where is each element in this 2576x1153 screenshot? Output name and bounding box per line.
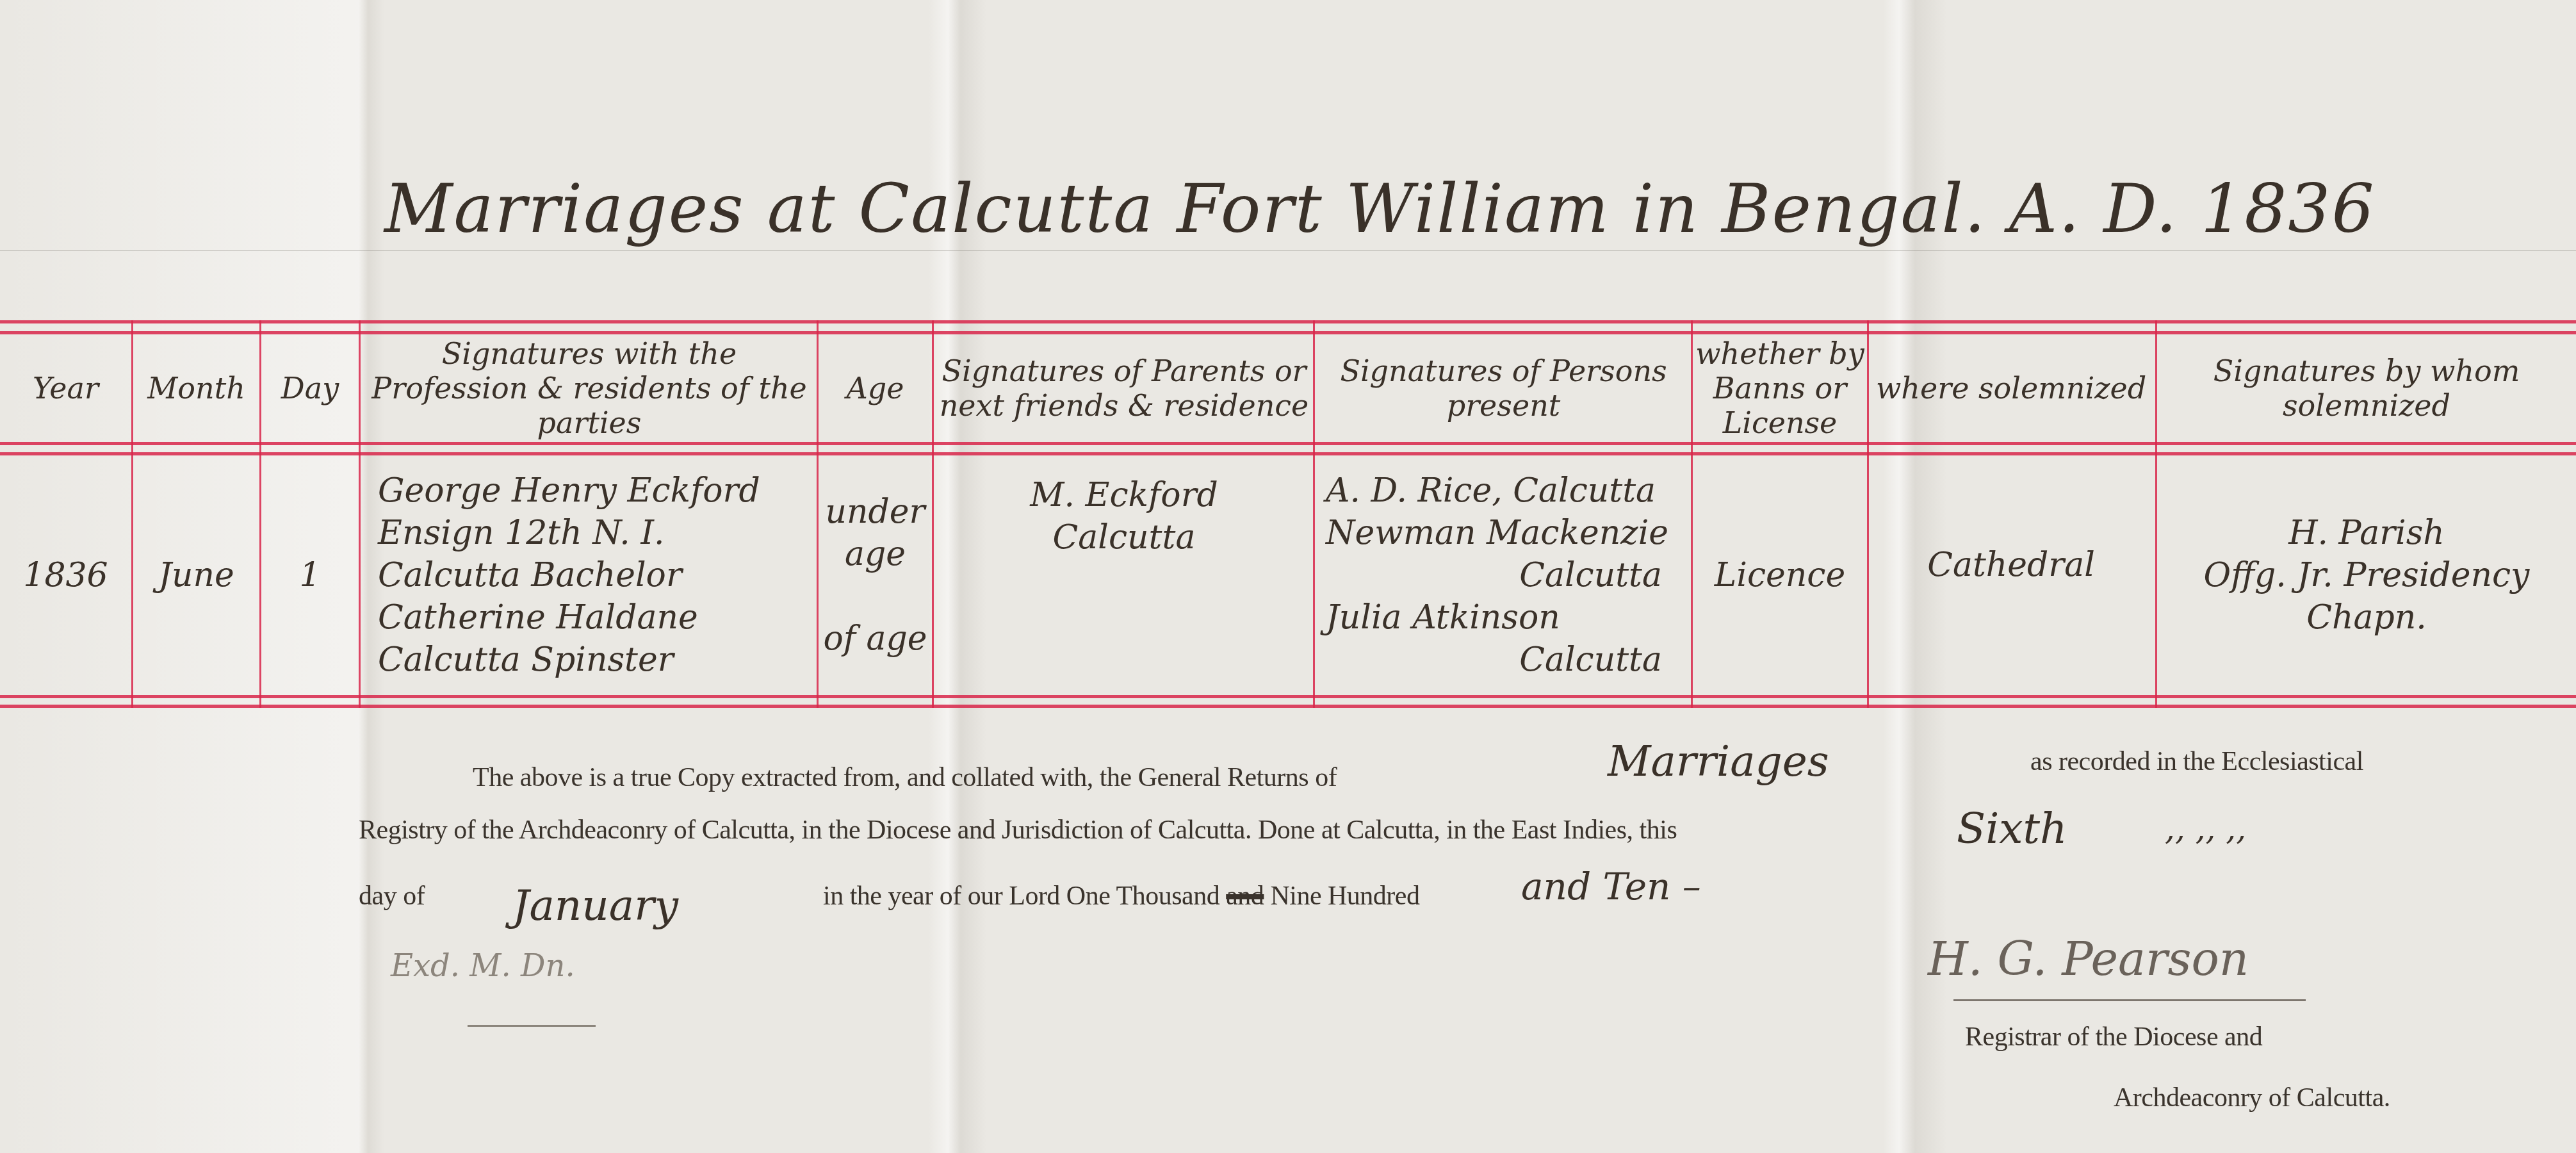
certificate-line3-text: in the year of our Lord One Thousand and… xyxy=(823,881,1419,912)
certificate-fill-day: Sixth xyxy=(1957,804,2067,853)
cell-age: under age of age xyxy=(819,456,932,694)
party-line: Catherine Haldane xyxy=(378,596,698,639)
header-bottom-rule-2 xyxy=(0,452,2576,455)
cell-banns-license: Licence xyxy=(1694,456,1866,694)
column-divider xyxy=(1867,320,1869,708)
certificate-line1-text: The above is a true Copy extracted from,… xyxy=(473,762,1337,793)
parent-line: Calcutta xyxy=(1053,516,1196,559)
person-line: A. D. Rice, Calcutta xyxy=(1326,470,1656,512)
person-line: Newman Mackenzie xyxy=(1326,512,1668,554)
party-line: Calcutta Bachelor xyxy=(378,554,682,596)
year-text-2: Nine Hundred xyxy=(1270,881,1419,911)
column-divider xyxy=(1691,320,1693,708)
certificate-line3-dayof: day of xyxy=(359,881,425,912)
age-line: age xyxy=(845,533,906,575)
cell-year: 1836 xyxy=(0,456,131,694)
party-line: George Henry Eckford xyxy=(378,470,760,512)
struck-word: and xyxy=(1226,881,1264,911)
document-title: Marriages at Calcutta Fort William in Be… xyxy=(384,170,2376,248)
table-bottom-rule-2 xyxy=(0,705,2576,708)
age-line: under xyxy=(826,491,925,533)
certificate-ditto-marks: ,, ,, ,, xyxy=(2165,810,2246,847)
title-rule xyxy=(0,250,2576,251)
header-persons-present: Signatures of Persons present xyxy=(1319,334,1688,442)
certificate-fill-month: January xyxy=(512,881,678,930)
cell-persons-present: A. D. Rice, Calcutta Newman Mackenzie Ca… xyxy=(1326,456,1688,694)
header-solemnized-by: Signatures by whom solemnized xyxy=(2158,334,2575,442)
cell-solemnized-by: H. Parish Offg. Jr. Presidency Chapn. xyxy=(2158,456,2575,694)
party-line: Ensign 12th N. I. xyxy=(378,512,664,554)
officiant-line: Chapn. xyxy=(2306,596,2427,639)
column-divider xyxy=(359,320,361,708)
signature-line xyxy=(1953,999,2306,1001)
table-bottom-rule-1 xyxy=(0,695,2576,698)
person-line: Calcutta xyxy=(1519,639,1688,681)
header-parties: Signatures with the Profession & residen… xyxy=(368,334,810,442)
header-bottom-rule-1 xyxy=(0,442,2576,445)
cell-day: 1 xyxy=(261,456,359,694)
person-line: Julia Atkinson xyxy=(1326,596,1560,639)
cell-where-solemnized: Cathedral xyxy=(1870,456,2152,674)
header-banns-license: whether by Banns or License xyxy=(1694,334,1866,442)
registrar-signature: H. G. Pearson xyxy=(1928,932,2249,986)
header-parents: Signatures of Parents or next friends & … xyxy=(938,334,1310,442)
column-divider xyxy=(932,320,934,708)
table-top-rule-1 xyxy=(0,320,2576,323)
officiant-line: Offg. Jr. Presidency xyxy=(2204,554,2530,596)
age-line: of age xyxy=(823,617,927,660)
party-line: Calcutta Spinster xyxy=(378,639,674,681)
parent-line: M. Eckford xyxy=(1030,474,1218,516)
cell-month: June xyxy=(133,456,259,694)
certificate-fill-year: and Ten – xyxy=(1521,865,1701,908)
certificate-line1-suffix: as recorded in the Ecclesiastical xyxy=(2030,746,2363,777)
cell-parents: M. Eckford Calcutta xyxy=(938,474,1310,602)
header-where-solemnized: where solemnized xyxy=(1870,334,2152,442)
registrar-title-line2: Archdeaconry of Calcutta. xyxy=(2114,1083,2390,1113)
certificate-line2-text: Registry of the Archdeaconry of Calcutta… xyxy=(359,815,1677,846)
examined-note: Exd. M. Dn. xyxy=(391,948,575,984)
column-divider xyxy=(2155,320,2157,708)
header-day: Day xyxy=(261,334,359,442)
header-age: Age xyxy=(819,334,932,442)
column-divider xyxy=(1313,320,1315,708)
examined-underline xyxy=(468,1025,596,1027)
header-year: Year xyxy=(0,334,131,442)
certificate-fill-type: Marriages xyxy=(1608,737,1829,786)
officiant-line: H. Parish xyxy=(2288,512,2445,554)
year-text: in the year of our Lord One Thousand xyxy=(823,881,1219,911)
header-month: Month xyxy=(133,334,259,442)
person-line: Calcutta xyxy=(1519,554,1688,596)
cell-parties: George Henry Eckford Ensign 12th N. I. C… xyxy=(378,456,813,694)
registrar-title-line1: Registrar of the Diocese and xyxy=(1965,1022,2262,1052)
